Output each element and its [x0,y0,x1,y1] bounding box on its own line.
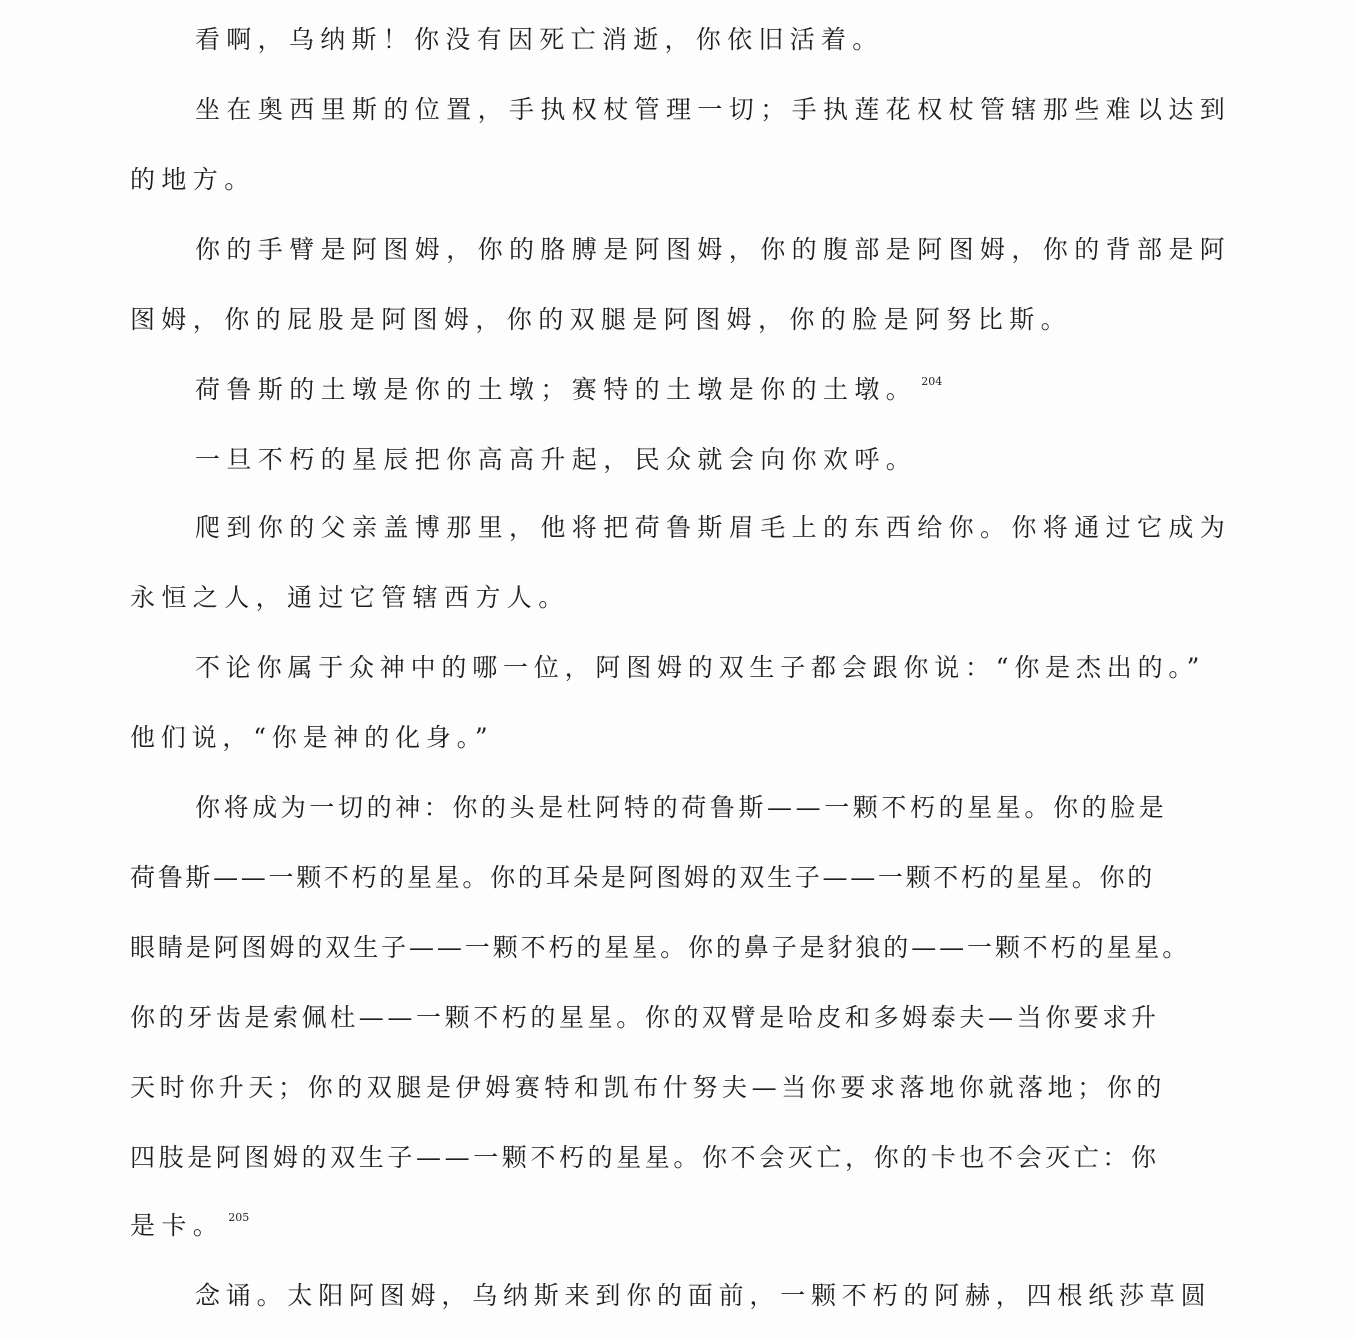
text-span: 是卡。 [130,1211,224,1240]
text-line: 不论你属于众神中的哪一位，阿图姆的双生子都会跟你说：“你是杰出的。” [195,653,1205,683]
text-line: 他们说，“你是神的化身。” [130,723,493,753]
footnote-marker[interactable]: 205 [228,1211,249,1224]
text-line: 四肢是阿图姆的双生子——一颗不朽的星星。你不会灭亡，你的卡也不会灭亡：你 [130,1143,1160,1173]
document-page: 看啊，乌纳斯！你没有因死亡消逝，你依旧活着。 坐在奥西里斯的位置，手执权杖管理一… [0,0,1354,1340]
text-line: 天时你升天；你的双腿是伊姆赛特和凯布什努夫—当你要求落地你就落地；你的 [130,1073,1166,1103]
text-line: 你的牙齿是索佩杜——一颗不朽的星星。你的双臂是哈皮和多姆泰夫—当你要求升 [130,1003,1160,1033]
text-span: 荷鲁斯的土墩是你的土墩；赛特的土墩是你的土墩。 [195,375,917,404]
text-line: 永恒之人，通过它管辖西方人。 [130,583,570,613]
text-line: 看啊，乌纳斯！你没有因死亡消逝，你依旧活着。 [195,25,884,55]
text-line: 眼睛是阿图姆的双生子——一颗不朽的星星。你的鼻子是豺狼的——一颗不朽的星星。 [130,933,1190,963]
text-line: 爬到你的父亲盖博那里，他将把荷鲁斯眉毛上的东西给你。你将通过它成为 [195,513,1231,543]
text-line: 你的手臂是阿图姆，你的胳膊是阿图姆，你的腹部是阿图姆，你的背部是阿 [195,235,1231,265]
text-line: 的地方。 [130,165,256,195]
text-line: 坐在奥西里斯的位置，手执权杖管理一切；手执莲花权杖管辖那些难以达到 [195,95,1231,125]
text-line: 图姆，你的屁股是阿图姆，你的双腿是阿图姆，你的脸是阿努比斯。 [130,305,1072,335]
text-line: 你将成为一切的神：你的头是杜阿特的荷鲁斯——一颗不朽的星星。你的脸是 [195,793,1167,823]
text-line: 荷鲁斯的土墩是你的土墩；赛特的土墩是你的土墩。204 [195,375,942,405]
text-line: 是卡。205 [130,1211,249,1241]
text-line: 荷鲁斯——一颗不朽的星星。你的耳朵是阿图姆的双生子——一颗不朽的星星。你的 [130,863,1155,893]
text-line: 念诵。太阳阿图姆，乌纳斯来到你的面前，一颗不朽的阿赫，四根纸莎草圆 [195,1281,1211,1311]
footnote-marker[interactable]: 204 [921,375,942,388]
text-line: 一旦不朽的星辰把你高高升起，民众就会向你欢呼。 [195,445,917,475]
